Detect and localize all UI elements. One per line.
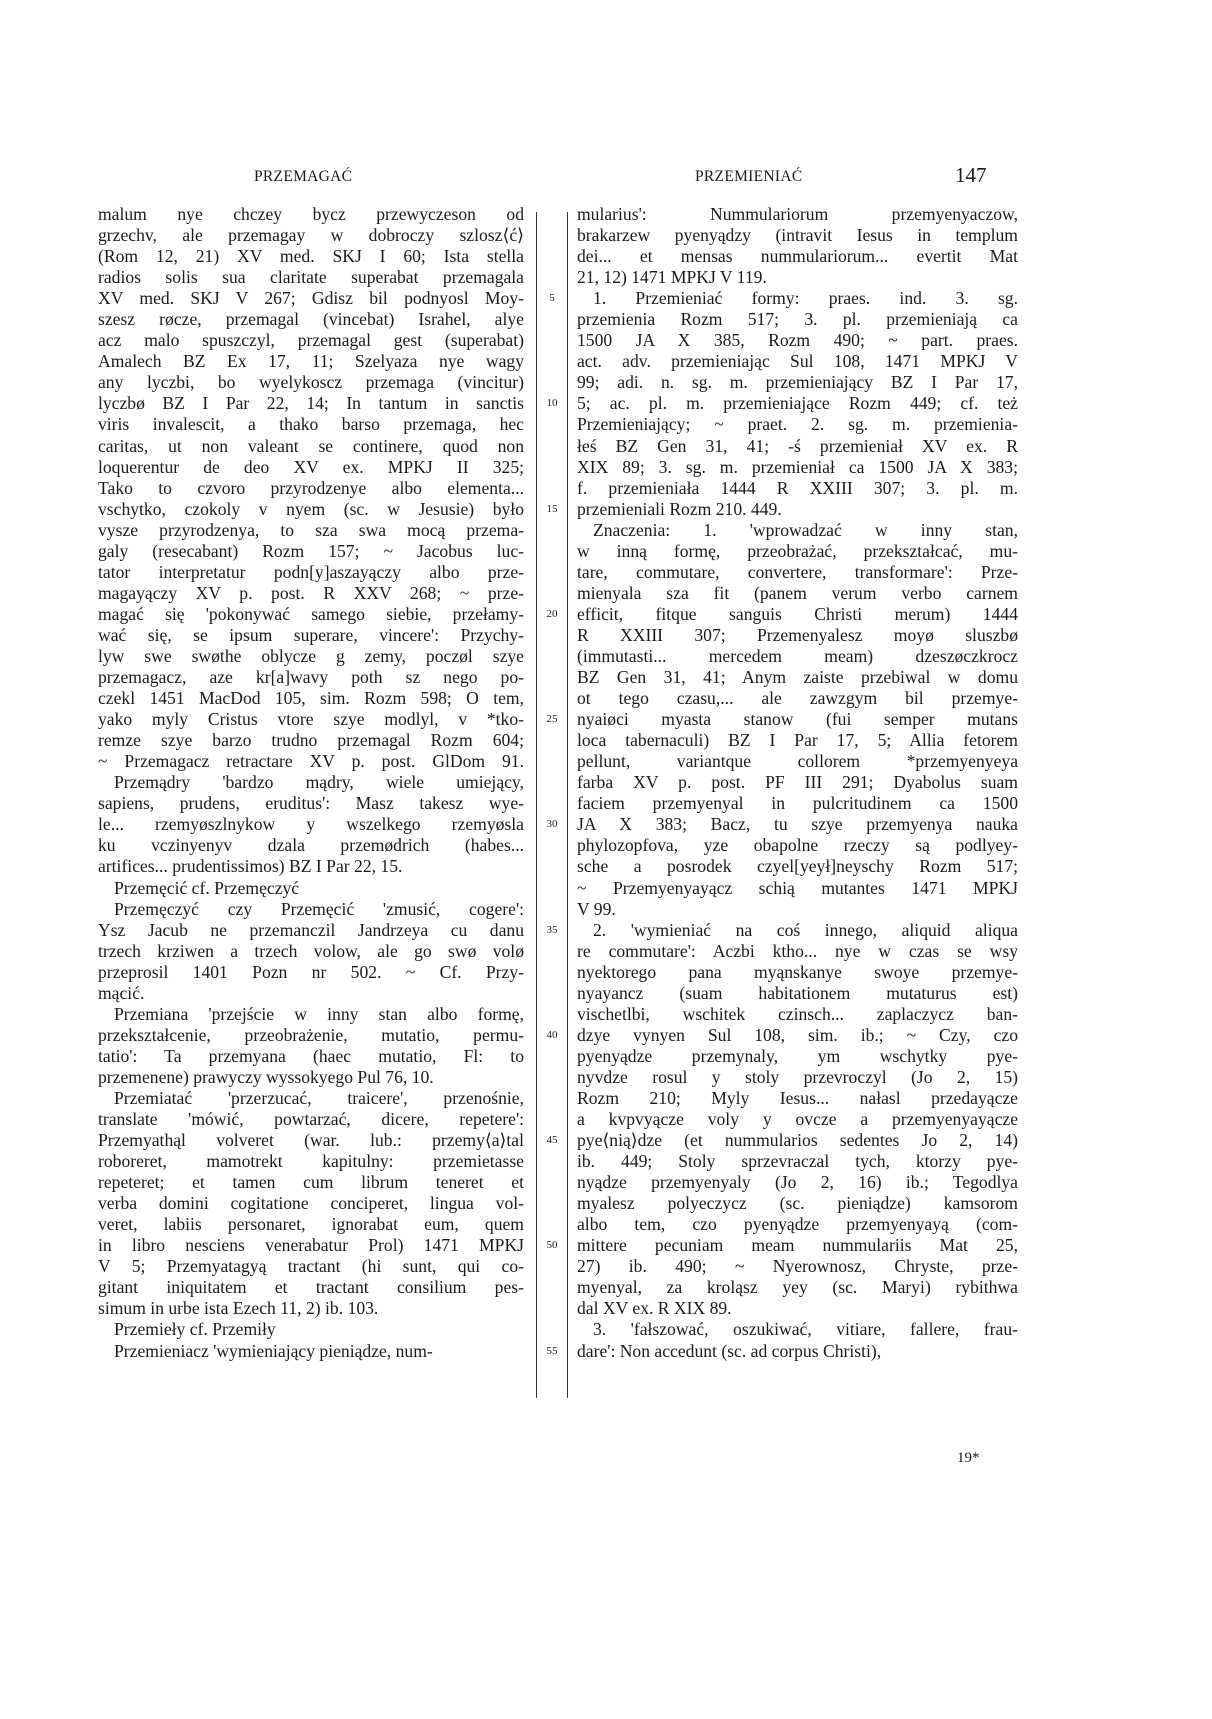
text-line: Przemądry 'bardzo mądry, wiele umiejący,	[98, 772, 524, 793]
text-line: myenyal, za kroląsz yey (sc. Maryi) rybi…	[577, 1277, 1018, 1298]
text-line: 2. 'wymieniać na coś innego, aliquid ali…	[577, 920, 1018, 941]
text-line: faciem przemyenyal in pulcritudinem ca 1…	[577, 793, 1018, 814]
text-line: acz malo spuszczyl, przemagal gest (supe…	[98, 330, 524, 351]
text-line: dzye vynyen Sul 108, sim. ib.; ~ Czy, cz…	[577, 1025, 1018, 1046]
text-line: przemieniali Rozm 210. 449.	[577, 499, 1018, 520]
text-line: vischetlbi, wschitek czinsch... zaplaczy…	[577, 1004, 1018, 1025]
text-line: szesz røcze, przemagal (vincebat) Israhe…	[98, 309, 524, 330]
text-line: vschytko, czokoly v nyem (sc. w Jesusie)…	[98, 499, 524, 520]
text-line: simum in urbe ista Ezech 11, 2) ib. 103.	[98, 1298, 524, 1319]
running-head-left: PRZEMAGAĆ	[254, 168, 352, 186]
line-number: 55	[541, 1345, 563, 1357]
text-line: repeteret; et tamen cum librum teneret e…	[98, 1172, 524, 1193]
text-line: V 99.	[577, 899, 1018, 920]
text-line: tator interpretatur podn[y]aszayączy alb…	[98, 562, 524, 583]
text-line: przemenene) prawyczy wyssokyego Pul 76, …	[98, 1067, 524, 1088]
text-line: f. przemieniała 1444 R XXIII 307; 3. pl.…	[577, 478, 1018, 499]
text-line: loquerentur de deo XV ex. MPKJ II 325;	[98, 457, 524, 478]
text-line: pellunt, variantque collorem *przemyenye…	[577, 751, 1018, 772]
text-line: ib. 449; Stoly sprzevraczal tych, ktorzy…	[577, 1151, 1018, 1172]
text-line: pye⟨nią⟩dze (et nummularios sedentes Jo …	[577, 1130, 1018, 1151]
text-line: gitant iniquitatem et tractant consilium…	[98, 1277, 524, 1298]
text-line: re commutare': Aczbi ktho... nye w czas …	[577, 941, 1018, 962]
column-divider-right	[567, 212, 568, 1398]
text-line: nyayancz (suam habitationem mutaturus es…	[577, 983, 1018, 1004]
text-line: JA X 383; Bacz, tu szye przemyenya nauka	[577, 814, 1018, 835]
text-line: 3. 'fałszować, oszukiwać, vitiare, falle…	[577, 1319, 1018, 1340]
text-line: trzech krziwen a trzech volow, ale go sw…	[98, 941, 524, 962]
text-line: XIX 89; 3. sg. m. przemieniał ca 1500 JA…	[577, 457, 1018, 478]
line-number: 35	[541, 924, 563, 936]
text-line: sapiens, prudens, eruditus': Masz takesz…	[98, 793, 524, 814]
text-line: Przemieniacz 'wymieniający pieniądze, nu…	[98, 1341, 524, 1362]
text-line: czekl 1451 MacDod 105, sim. Rozm 598; O …	[98, 688, 524, 709]
text-line: nyvdze rosul y stoly przevroczyl (Jo 2, …	[577, 1067, 1018, 1088]
text-line: XV med. SKJ V 267; Gdisz bil podnyosl Mo…	[98, 288, 524, 309]
text-line: veret, labiis personaret, ignorabat eum,…	[98, 1214, 524, 1235]
text-line: Przemieły cf. Przemiły	[98, 1319, 524, 1340]
text-line: act. adv. przemieniając Sul 108, 1471 MP…	[577, 351, 1018, 372]
text-line: galy (resecabant) Rozm 157; ~ Jacobus lu…	[98, 541, 524, 562]
text-line: efficit, fitque sanguis Christi merum) 1…	[577, 604, 1018, 625]
text-line: caritas, ut non valeant se continere, qu…	[98, 436, 524, 457]
text-line: Przemyathąl volveret (war. lub.: przemy⟨…	[98, 1130, 524, 1151]
text-line: Przemęczyć czy Przemęcić 'zmusić, cogere…	[98, 899, 524, 920]
text-line: (Rom 12, 21) XV med. SKJ I 60; Ista stel…	[98, 246, 524, 267]
text-line: pyenyądze przemynaly, ym wschytky pye-	[577, 1046, 1018, 1067]
text-line: albo tem, czo pyenyądze przemyenyayą (co…	[577, 1214, 1018, 1235]
line-number: 30	[541, 818, 563, 830]
text-line: (immutasti... mercedem meam) dzeszøczkro…	[577, 646, 1018, 667]
signature-mark: 19*	[957, 1450, 980, 1467]
line-number: 5	[541, 292, 563, 304]
text-line: przemienia Rozm 517; 3. pl. przemieniają…	[577, 309, 1018, 330]
text-line: mącić.	[98, 983, 524, 1004]
text-line: 5; ac. pl. m. przemieniające Rozm 449; c…	[577, 393, 1018, 414]
text-line: Rozm 210; Myly Iesus... nałasl przedayąc…	[577, 1088, 1018, 1109]
text-line: phylozopfova, yze obapolne rzeczy są pod…	[577, 835, 1018, 856]
text-line: artifices... prudentissimos) BZ I Par 22…	[98, 856, 524, 877]
line-number: 40	[541, 1029, 563, 1041]
text-line: mularius': Nummulariorum przemyenyaczow,	[577, 204, 1018, 225]
text-line: dei... et mensas nummulariorum... everti…	[577, 246, 1018, 267]
text-line: V 5; Przemyatagyą tractant (hi sunt, qui…	[98, 1256, 524, 1277]
text-line: magać się 'pokonywać samego siebie, prze…	[98, 604, 524, 625]
left-column: malum nye chczey bycz przewyczeson odgrz…	[98, 204, 524, 1362]
text-line: remze szye barzo trudno przemagal Rozm 6…	[98, 730, 524, 751]
text-line: magayączy XV p. post. R XXV 268; ~ prze-	[98, 583, 524, 604]
text-line: roboreret, mamotrekt kapitulny: przemiet…	[98, 1151, 524, 1172]
text-line: mienyala sza fit (panem verum verbo carn…	[577, 583, 1018, 604]
column-divider-left	[536, 212, 537, 1398]
text-line: lyw swe swøthe oblycze g zemy, poczøl sz…	[98, 646, 524, 667]
text-line: le... rzemyøszlnykow y wszelkego rzemyøs…	[98, 814, 524, 835]
text-line: farba XV p. post. PF III 291; Dyabolus s…	[577, 772, 1018, 793]
text-line: any lyczbi, bo wyelykoscz przemaga (vinc…	[98, 372, 524, 393]
text-line: verba domini cogitatione conciperet, lin…	[98, 1193, 524, 1214]
text-line: Znaczenia: 1. 'wprowadzać w inny stan,	[577, 520, 1018, 541]
text-line: Przemęcić cf. Przemęczyć	[98, 878, 524, 899]
text-line: radios solis sua claritate superabat prz…	[98, 267, 524, 288]
text-line: Przemieniający; ~ praet. 2. sg. m. przem…	[577, 414, 1018, 435]
text-line: translate 'mówić, powtarzać, dicere, rep…	[98, 1109, 524, 1130]
text-line: Przemiatać 'przerzucać, traicere', przen…	[98, 1088, 524, 1109]
page-number: 147	[955, 163, 987, 188]
text-line: dal XV ex. R XIX 89.	[577, 1298, 1018, 1319]
text-line: nyądze przemyenyaly (Jo 2, 16) ib.; Tego…	[577, 1172, 1018, 1193]
text-line: 99; adi. n. sg. m. przemieniający BZ I P…	[577, 372, 1018, 393]
text-line: tatio': Ta przemyana (haec mutatio, Fl: …	[98, 1046, 524, 1067]
text-line: yako myly Cristus vtore szye modlyl, v *…	[98, 709, 524, 730]
text-line: przeprosil 1401 Pozn nr 502. ~ Cf. Przy-	[98, 962, 524, 983]
text-line: przemagacz, aze kr[a]wavy poth sz nego p…	[98, 667, 524, 688]
text-line: sche a posrodek czyel[yeył]neyschy Rozm …	[577, 856, 1018, 877]
text-line: w inną formę, przeobrażać, przekształcać…	[577, 541, 1018, 562]
text-line: nyektorego pana myąnskanye swoye przemye…	[577, 962, 1018, 983]
text-line: vysze przyrodzenya, to sza swa mocą prze…	[98, 520, 524, 541]
text-line: wać się, se ipsum superare, vincere': Pr…	[98, 625, 524, 646]
text-line: mittere pecuniam meam nummulariis Mat 25…	[577, 1235, 1018, 1256]
running-head-right: PRZEMIENIAĆ	[695, 168, 803, 186]
text-line: tare, commutare, convertere, transformar…	[577, 562, 1018, 583]
text-line: BZ Gen 31, 41; Anym zaiste przebiwal w d…	[577, 667, 1018, 688]
text-line: dare': Non accedunt (sc. ad corpus Chris…	[577, 1341, 1018, 1362]
text-line: łeś BZ Gen 31, 41; -ś przemieniał XV ex.…	[577, 436, 1018, 457]
line-number: 25	[541, 713, 563, 725]
text-line: in libro nesciens venerabatur Prol) 1471…	[98, 1235, 524, 1256]
text-line: a kvpvyącze voly y ovcze a przemyenyayąc…	[577, 1109, 1018, 1130]
text-line: nyaiøci myasta stanow (fui semper mutans	[577, 709, 1018, 730]
text-line: 1500 JA X 385, Rozm 490; ~ part. praes.	[577, 330, 1018, 351]
text-line: Amalech BZ Ex 17, 11; Szelyaza nye wagy	[98, 351, 524, 372]
text-line: 21, 12) 1471 MPKJ V 119.	[577, 267, 1018, 288]
text-line: viris invalescit, a thako barso przemaga…	[98, 414, 524, 435]
line-number: 15	[541, 503, 563, 515]
line-number: 45	[541, 1134, 563, 1146]
text-line: Tako to czvoro przyrodzenye albo element…	[98, 478, 524, 499]
text-line: myalesz polyeczycz (sc. pieniądze) kamso…	[577, 1193, 1018, 1214]
right-column: mularius': Nummulariorum przemyenyaczow,…	[577, 204, 1018, 1362]
line-number: 10	[541, 397, 563, 409]
text-line: malum nye chczey bycz przewyczeson od	[98, 204, 524, 225]
text-line: loca tabernaculi) BZ I Par 17, 5; Allia …	[577, 730, 1018, 751]
text-line: przekształcenie, przeobrażenie, mutatio,…	[98, 1025, 524, 1046]
text-line: grzechv, ale przemagay w dobroczy szlosz…	[98, 225, 524, 246]
text-line: ku vczinyenyv dzala przemødrich (habes..…	[98, 835, 524, 856]
text-line: lyczbø BZ I Par 22, 14; In tantum in san…	[98, 393, 524, 414]
text-line: 27) ib. 490; ~ Nyerownosz, Chryste, prze…	[577, 1256, 1018, 1277]
text-line: 1. Przemieniać formy: praes. ind. 3. sg.	[577, 288, 1018, 309]
text-line: brakarzew pyenyądzy (intravit Iesus in t…	[577, 225, 1018, 246]
text-line: Przemiana 'przejście w inny stan albo fo…	[98, 1004, 524, 1025]
text-line: ~ Przemagacz retractare XV p. post. GlDo…	[98, 751, 524, 772]
text-line: R XXIII 307; Przemenyalesz moyø sluszbø	[577, 625, 1018, 646]
text-line: Ysz Jacub ne przemanczil Jandrzeya cu da…	[98, 920, 524, 941]
line-number: 20	[541, 608, 563, 620]
text-line: ~ Przemyenyayącz schią mutantes 1471 MPK…	[577, 878, 1018, 899]
line-number: 50	[541, 1239, 563, 1251]
text-line: ot tego czasu,... ale zawzgym bil przemy…	[577, 688, 1018, 709]
